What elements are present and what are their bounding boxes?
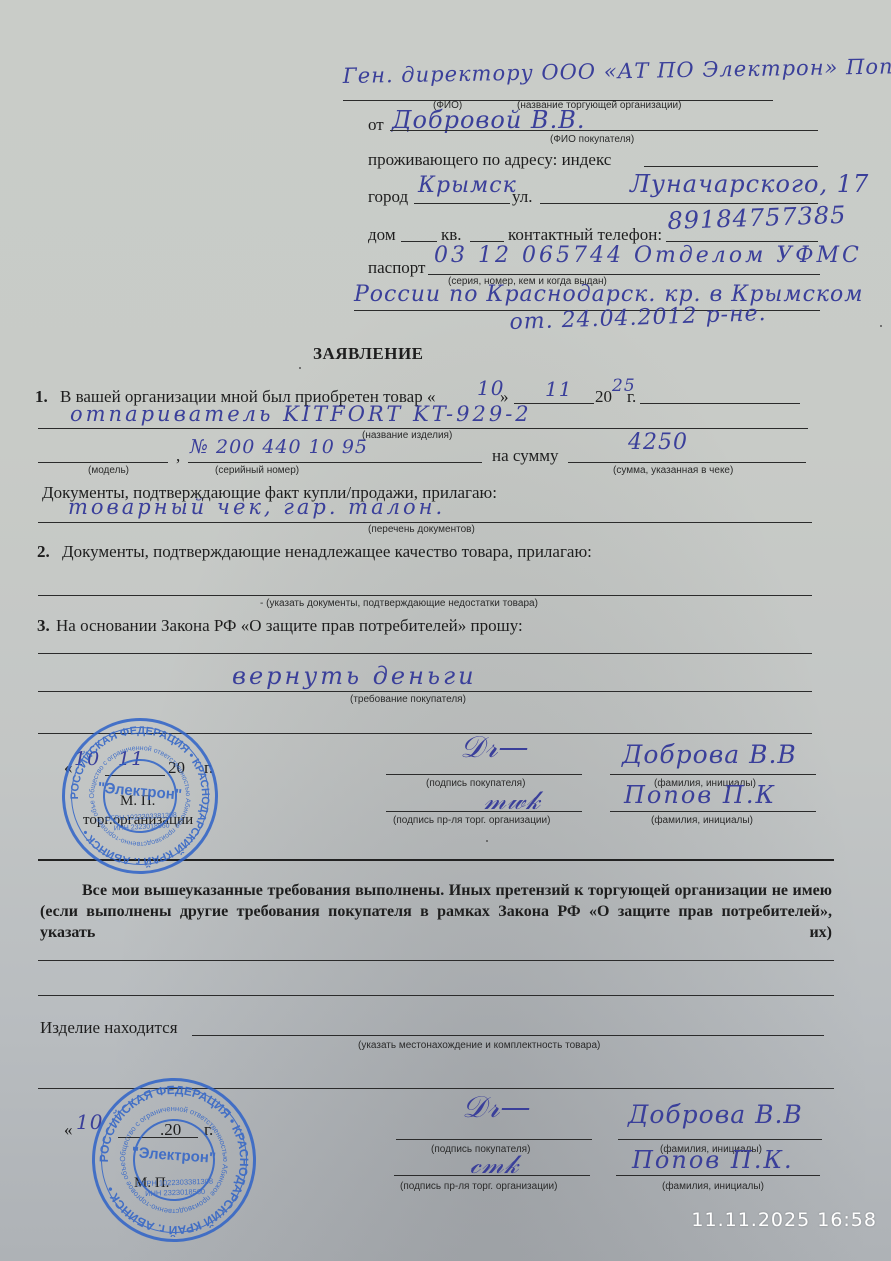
- house-label: дом: [368, 225, 396, 245]
- sig2-seller-signature[interactable]: 𝒸𝓂𝓀: [470, 1150, 519, 1181]
- photo-timestamp: 11.11.2025 16:58: [691, 1209, 877, 1231]
- sig2-seller-name-caption: (фамилия, инициалы): [662, 1181, 764, 1192]
- from-line: [390, 130, 818, 131]
- sig1-seller-sign-caption: (подпись пр-ля торг. организации): [393, 815, 550, 826]
- sig2-seller-name-line: [616, 1175, 820, 1176]
- closing-paragraph: Все мои вышеуказанные требования выполне…: [40, 880, 832, 943]
- phone-label: контактный телефон:: [508, 225, 662, 245]
- product-line: [38, 428, 808, 429]
- phone-handwritten[interactable]: 89184757385: [667, 201, 847, 235]
- section1-tail-line: [640, 403, 800, 404]
- docs-line: [38, 522, 812, 523]
- section1-num: 1.: [35, 387, 48, 406]
- closing-line1[interactable]: [38, 960, 834, 961]
- sum-handwritten[interactable]: 4250: [628, 430, 688, 455]
- product-handwritten[interactable]: отпариватель KITFORT KT-929-2: [70, 402, 532, 426]
- serial-caption: (серийный номер): [215, 465, 299, 476]
- house-line[interactable]: [401, 241, 437, 242]
- year-prefix: 20: [595, 387, 612, 407]
- stamp-ogrn: ОГРН 1022303381308: [105, 812, 177, 823]
- section2-number: 2.: [37, 542, 50, 561]
- street-handwritten[interactable]: Луначарского, 17: [630, 170, 869, 198]
- sig2-buyer-name[interactable]: Доброва В.В: [628, 1100, 803, 1129]
- apt-line[interactable]: [470, 241, 504, 242]
- sig2-buyer-name-line: [618, 1139, 822, 1140]
- sig1-seller-signature[interactable]: 𝓂𝓌𝓀: [484, 786, 541, 817]
- sig2-buyer-sign-line: [396, 1139, 592, 1140]
- city-label: город: [368, 187, 408, 207]
- section3-text: На основании Закона РФ «О защите прав по…: [56, 616, 523, 636]
- sig2-seller-name[interactable]: Попов П.К.: [632, 1146, 794, 1174]
- closing-line2[interactable]: [38, 995, 834, 996]
- sum-label: на сумму: [492, 446, 559, 466]
- from-label: от: [368, 115, 384, 135]
- docs-handwritten[interactable]: товарный чек, гар. талон.: [68, 495, 445, 519]
- sig1-seller-name-line: [610, 811, 816, 812]
- index-line[interactable]: [644, 166, 818, 167]
- sig2-buyer-signature[interactable]: 𝒟𝓇—: [462, 1090, 531, 1125]
- sig2-seller-sign-caption: (подпись пр-ля торг. организации): [400, 1181, 557, 1192]
- stamp-inn: ИНН 2323018560: [113, 822, 169, 832]
- stamp-inn: ИНН 2323018560: [145, 1187, 205, 1198]
- location-caption: (указать местонахождение и комплектность…: [358, 1040, 600, 1051]
- section3-caption: (требование покупателя): [350, 694, 466, 705]
- sig1-buyer-name[interactable]: Доброва В.В: [622, 740, 797, 769]
- sig1-seller-name[interactable]: Попов П.К: [624, 781, 776, 809]
- demand-handwritten[interactable]: вернуть деньги: [232, 662, 477, 690]
- sig1-buyer-name-line: [610, 774, 816, 775]
- purchase-month[interactable]: 11: [545, 377, 572, 401]
- section3-number: 3.: [37, 616, 50, 635]
- section3-line2: [38, 691, 812, 692]
- serial-line: [188, 462, 482, 463]
- year-suffix: г.: [627, 387, 636, 407]
- model-line[interactable]: [38, 462, 168, 463]
- section2-text: Документы, подтверждающие ненадлежащее к…: [62, 542, 592, 562]
- recipient-handwritten: Ген. директору ООО «АТ ПО Электрон» Попо…: [343, 53, 891, 88]
- section3-line1[interactable]: [38, 653, 812, 654]
- street-label: ул.: [512, 187, 533, 207]
- paper-speck: [299, 367, 301, 369]
- phone-line: [666, 241, 818, 242]
- location-line[interactable]: [192, 1035, 824, 1036]
- docs-caption: (перечень документов): [368, 524, 475, 535]
- apt-label: кв.: [441, 225, 462, 245]
- paper-speck: [880, 325, 882, 327]
- sig2-date-open: «: [64, 1120, 73, 1140]
- model-caption: (модель): [88, 465, 129, 476]
- passport-line2[interactable]: России по Краснодарск. кр. в Крымском: [354, 282, 864, 307]
- passport-label: паспорт: [368, 258, 426, 278]
- sig1-seller-sign-line: [386, 811, 582, 812]
- sig2-seller-sign-line: [394, 1175, 590, 1176]
- city-line: [414, 203, 510, 204]
- sig1-seller-name-caption: (фамилия, инициалы): [651, 815, 753, 826]
- comma: ,: [176, 446, 180, 466]
- section2-caption: - (указать документы, подтверждающие нед…: [260, 598, 538, 609]
- sum-caption: (сумма, указанная в чеке): [613, 465, 733, 476]
- section1-number: 1.: [35, 387, 48, 407]
- section2-line[interactable]: [38, 595, 812, 596]
- serial-handwritten[interactable]: № 200 440 10 95: [190, 436, 368, 458]
- page-title: ЗАЯВЛЕНИЕ: [313, 344, 424, 364]
- address-label: проживающего по адресу: индекс: [368, 150, 611, 170]
- location-label: Изделие находится: [40, 1018, 178, 1038]
- product-caption: (название изделия): [362, 430, 452, 441]
- paper-speck: [486, 840, 488, 842]
- company-stamp-1: РОССИЙСКАЯ ФЕДЕРАЦИЯ • КРАСНОДАРСКИЙ КРА…: [58, 714, 222, 878]
- company-stamp-2: РОССИЙСКАЯ ФЕДЕРАЦИЯ • КРАСНОДАРСКИЙ КРА…: [89, 1075, 259, 1245]
- sum-line: [568, 462, 806, 463]
- city-handwritten[interactable]: Крымск: [418, 173, 517, 198]
- passport-underline1: [428, 274, 820, 275]
- passport-line1[interactable]: 03 12 065744 Отделом УФМС: [434, 243, 862, 268]
- from-caption: (ФИО покупателя): [550, 134, 634, 145]
- sig1-buyer-sign-line: [386, 774, 582, 775]
- sig1-buyer-signature[interactable]: 𝒟𝓇—: [460, 730, 529, 765]
